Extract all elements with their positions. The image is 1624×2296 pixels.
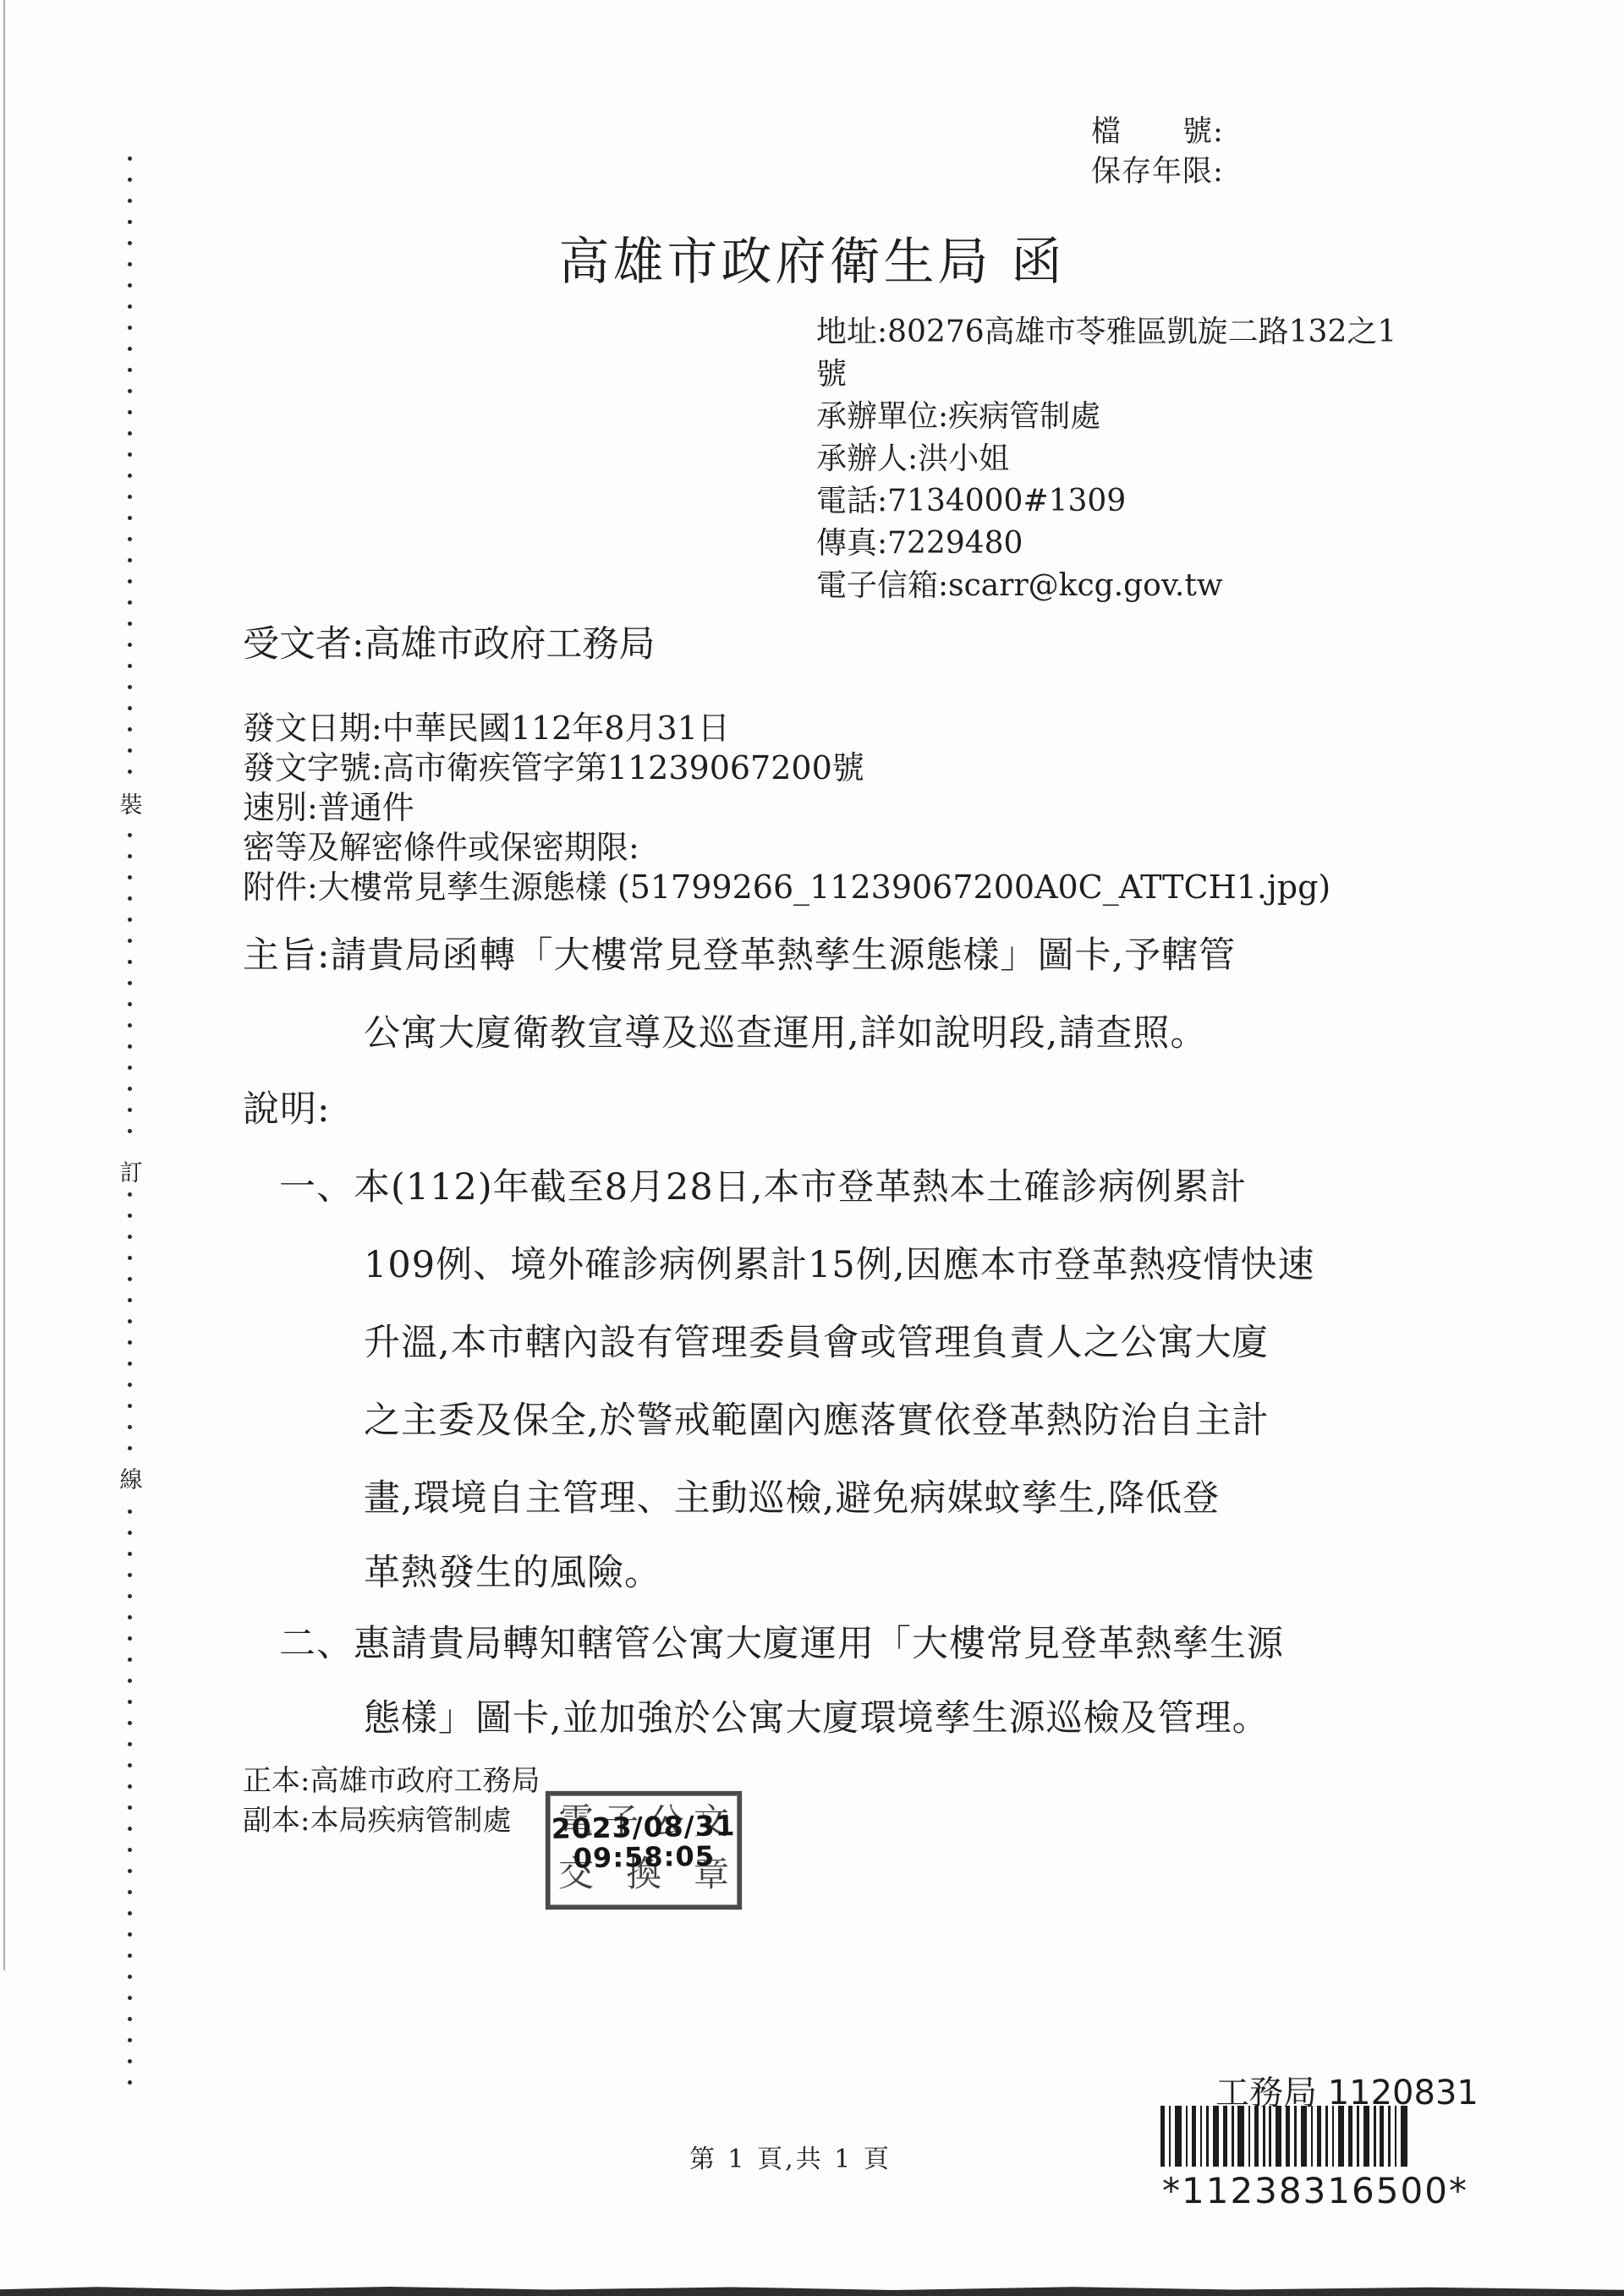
copy-cc-line: 副本:本局疾病管制處 [243, 1801, 511, 1841]
list-item1-cont: 革熱發生的風險。 [364, 1544, 661, 1596]
binding-mark: 線 [115, 1461, 147, 1494]
binding-mark: 訂 [115, 1154, 147, 1187]
binding-mark: 裝 [115, 786, 147, 819]
list-item1-cont: 升溫,本市轄內設有管理委員會或管理負責人之公寓大廈 [364, 1314, 1270, 1366]
stamp-time: 09:58:05 [550, 1841, 738, 1873]
copy-original-line: 正本:高雄市政府工務局 [243, 1762, 540, 1801]
stamp-datetime: 2023/08/31 09:58:05 [549, 1811, 738, 1873]
page-number: 第 1 頁,共 1 頁 [689, 2138, 892, 2175]
list-item1-cont: 畫,環境自主管理、主動巡檢,避免病媒蚊孳生,降低登 [364, 1470, 1220, 1521]
scan-bottom-edge [0, 2286, 1624, 2296]
meta-speed-line: 速別:普通件 [243, 788, 414, 828]
exchange-stamp: 電 子 公 文 交 換 章 2023/08/31 09:58:05 [546, 1791, 742, 1910]
meta-attachment-line: 附件:大樓常見孳生源態樣 (51799266_11239067200A0C_AT… [243, 868, 1330, 907]
meta-docno-line: 發文字號:高市衛疾管字第11239067200號 [243, 748, 864, 788]
barcode-value: *11238316500* [1162, 2170, 1468, 2211]
list-item1-cont: 之主委及保全,於警戒範圍內應落實依登革熱防治自主計 [364, 1392, 1270, 1444]
document-page: 裝 訂 線 檔 號: 保存年限: 高雄市政府衛生局 函 地址:80276高雄市苓… [0, 0, 1624, 2296]
scan-edge-line [3, 0, 5, 1970]
sender-fax-line: 傳真:7229480 [816, 523, 1023, 565]
list-item1-lead: 一、本(112)年截至8月28日,本市登革熱本土確診病例累計 [279, 1159, 1247, 1210]
binding-dotted-line: 裝 訂 線 [115, 156, 147, 2093]
retention-label: 保存年限: [1091, 152, 1224, 192]
list-item1-cont: 109例、境外確診病例累計15例,因應本市登革熱疫情快速 [364, 1236, 1314, 1288]
sender-address-line1: 地址:80276高雄市苓雅區凱旋二路132之1 [816, 311, 1396, 353]
explanation-heading: 說明: [243, 1081, 331, 1132]
subject-line1: 主旨:請貴局函轉「大樓常見登革熱孳生源態樣」圖卡,予轄管 [243, 927, 1236, 978]
meta-classification-line: 密等及解密條件或保密期限: [243, 828, 639, 868]
list-item2-lead: 二、惠請貴局轉知轄管公寓大廈運用「大樓常見登革熱孳生源 [279, 1615, 1284, 1667]
file-number-label: 檔 號: [1091, 112, 1224, 152]
recipient-line: 受文者:高雄市政府工務局 [243, 616, 656, 667]
meta-date-line: 發文日期:中華民國112年8月31日 [243, 709, 730, 748]
sender-contact-line: 承辦人:洪小姐 [816, 438, 1009, 480]
document-title: 高雄市政府衛生局 函 [0, 222, 1624, 294]
list-item2-cont: 態樣」圖卡,並加強於公寓大廈環境孳生源巡檢及管理。 [364, 1690, 1270, 1741]
subject-line2: 公寓大廈衛教宣導及巡查運用,詳如說明段,請查照。 [364, 1005, 1207, 1056]
sender-phone-line: 電話:7134000#1309 [816, 480, 1126, 523]
barcode [1160, 2106, 1407, 2167]
sender-unit-line: 承辦單位:疾病管制處 [816, 396, 1100, 438]
sender-email-line: 電子信箱:scarr@kcg.gov.tw [816, 565, 1223, 607]
sender-address-line2: 號 [816, 353, 847, 396]
